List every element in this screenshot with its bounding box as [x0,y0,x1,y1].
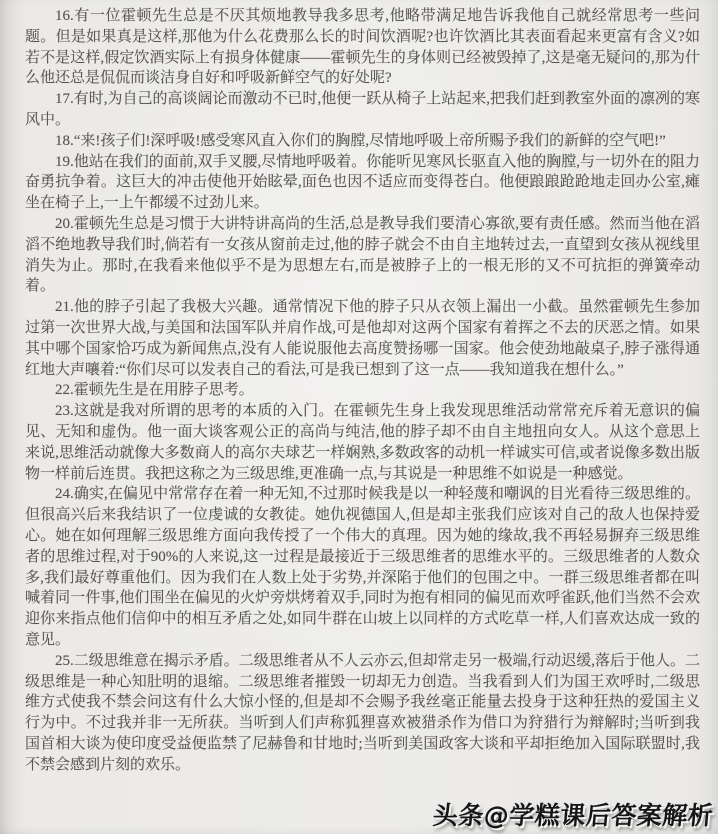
paragraph-17: 17.有时,为自己的高谈阔论而激动不已时,他便一跃从椅子上站起来,把我们赶到教室… [25,89,700,131]
paragraph-19-number: 19. [55,154,74,170]
paragraph-25-number: 25. [55,653,74,669]
document-text-block: 16.有一位霍顿先生总是不厌其烦地教导我多思考,他略带满足地告诉我他自己就经常思… [25,6,700,775]
paragraph-16-body: 有一位霍顿先生总是不厌其烦地教导我多思考,他略带满足地告诉我他自己就经常思考一些… [25,8,700,86]
paragraph-24-number: 24. [55,486,74,502]
paragraph-21-body: 他的脖子引起了我极大兴趣。通常情况下他的脖子只从衣领上漏出一小截。虽然霍顿先生参… [25,299,700,377]
paragraph-17-number: 17. [55,91,74,107]
paragraph-21-number: 21. [55,299,74,315]
paragraph-23: 23.这就是我对所谓的思考的本质的入门。在霍顿先生身上我发现思维活动常常充斥着无… [25,401,700,484]
scanned-document-page: 16.有一位霍顿先生总是不厌其烦地教导我多思考,他略带满足地告诉我他自己就经常思… [0,0,718,834]
paragraph-20: 20.霍顿先生总是习惯于大讲特讲高尚的生活,总是教导我们要清心寡欲,要有责任感。… [25,214,700,297]
paragraph-18-body: “来!孩子们!深呼吸!感受寒风直入你们的胸膛,尽情地呼吸上帝所赐予我们的新鲜的空… [74,133,666,149]
paragraph-23-number: 23. [55,403,74,419]
paragraph-23-body: 这就是我对所谓的思考的本质的入门。在霍顿先生身上我发现思维活动常常充斥着无意识的… [25,403,700,481]
watermark-text: 头条@学糕课后答案解析 [432,801,715,830]
watermark: 头条@学糕课后答案解析 [432,796,716,832]
paragraph-16: 16.有一位霍顿先生总是不厌其烦地教导我多思考,他略带满足地告诉我他自己就经常思… [25,6,700,89]
paragraph-16-number: 16. [55,8,74,24]
paragraph-18-number: 18. [55,133,74,149]
paragraph-22-body: 霍顿先生是在用脖子思考。 [74,382,254,398]
paragraph-18: 18.“来!孩子们!深呼吸!感受寒风直入你们的胸膛,尽情地呼吸上帝所赐予我们的新… [25,131,700,152]
paragraph-20-body: 霍顿先生总是习惯于大讲特讲高尚的生活,总是教导我们要清心寡欲,要有责任感。然而当… [25,216,700,294]
paragraph-24: 24.确实,在偏见中常常存在着一种无知,不过那时候我是以一种轻蔑和嘲讽的目光看待… [25,484,700,650]
paragraph-25: 25.二级思维意在揭示矛盾。二级思维者从不人云亦云,但却常走另一极端,行动迟缓,… [25,651,700,776]
paragraph-22-number: 22. [55,382,74,398]
paragraph-20-number: 20. [55,216,74,232]
paragraph-21: 21.他的脖子引起了我极大兴趣。通常情况下他的脖子只从衣领上漏出一小截。虽然霍顿… [25,297,700,380]
paragraph-19-body: 他站在我们的面前,双手叉腰,尽情地呼吸着。你能听见寒风长驱直入他的胸膛,与一切外… [25,154,700,212]
paragraph-17-body: 有时,为自己的高谈阔论而激动不已时,他便一跃从椅子上站起来,把我们赶到教室外面的… [25,91,700,128]
paragraph-25-body: 二级思维意在揭示矛盾。二级思维者从不人云亦云,但却常走另一极端,行动迟缓,落后于… [25,653,700,773]
paragraph-19: 19.他站在我们的面前,双手叉腰,尽情地呼吸着。你能听见寒风长驱直入他的胸膛,与… [25,152,700,214]
paragraph-24-body: 确实,在偏见中常常存在着一种无知,不过那时候我是以一种轻蔑和嘲讽的目光看待三级思… [25,486,700,648]
paragraph-22: 22.霍顿先生是在用脖子思考。 [25,380,700,401]
